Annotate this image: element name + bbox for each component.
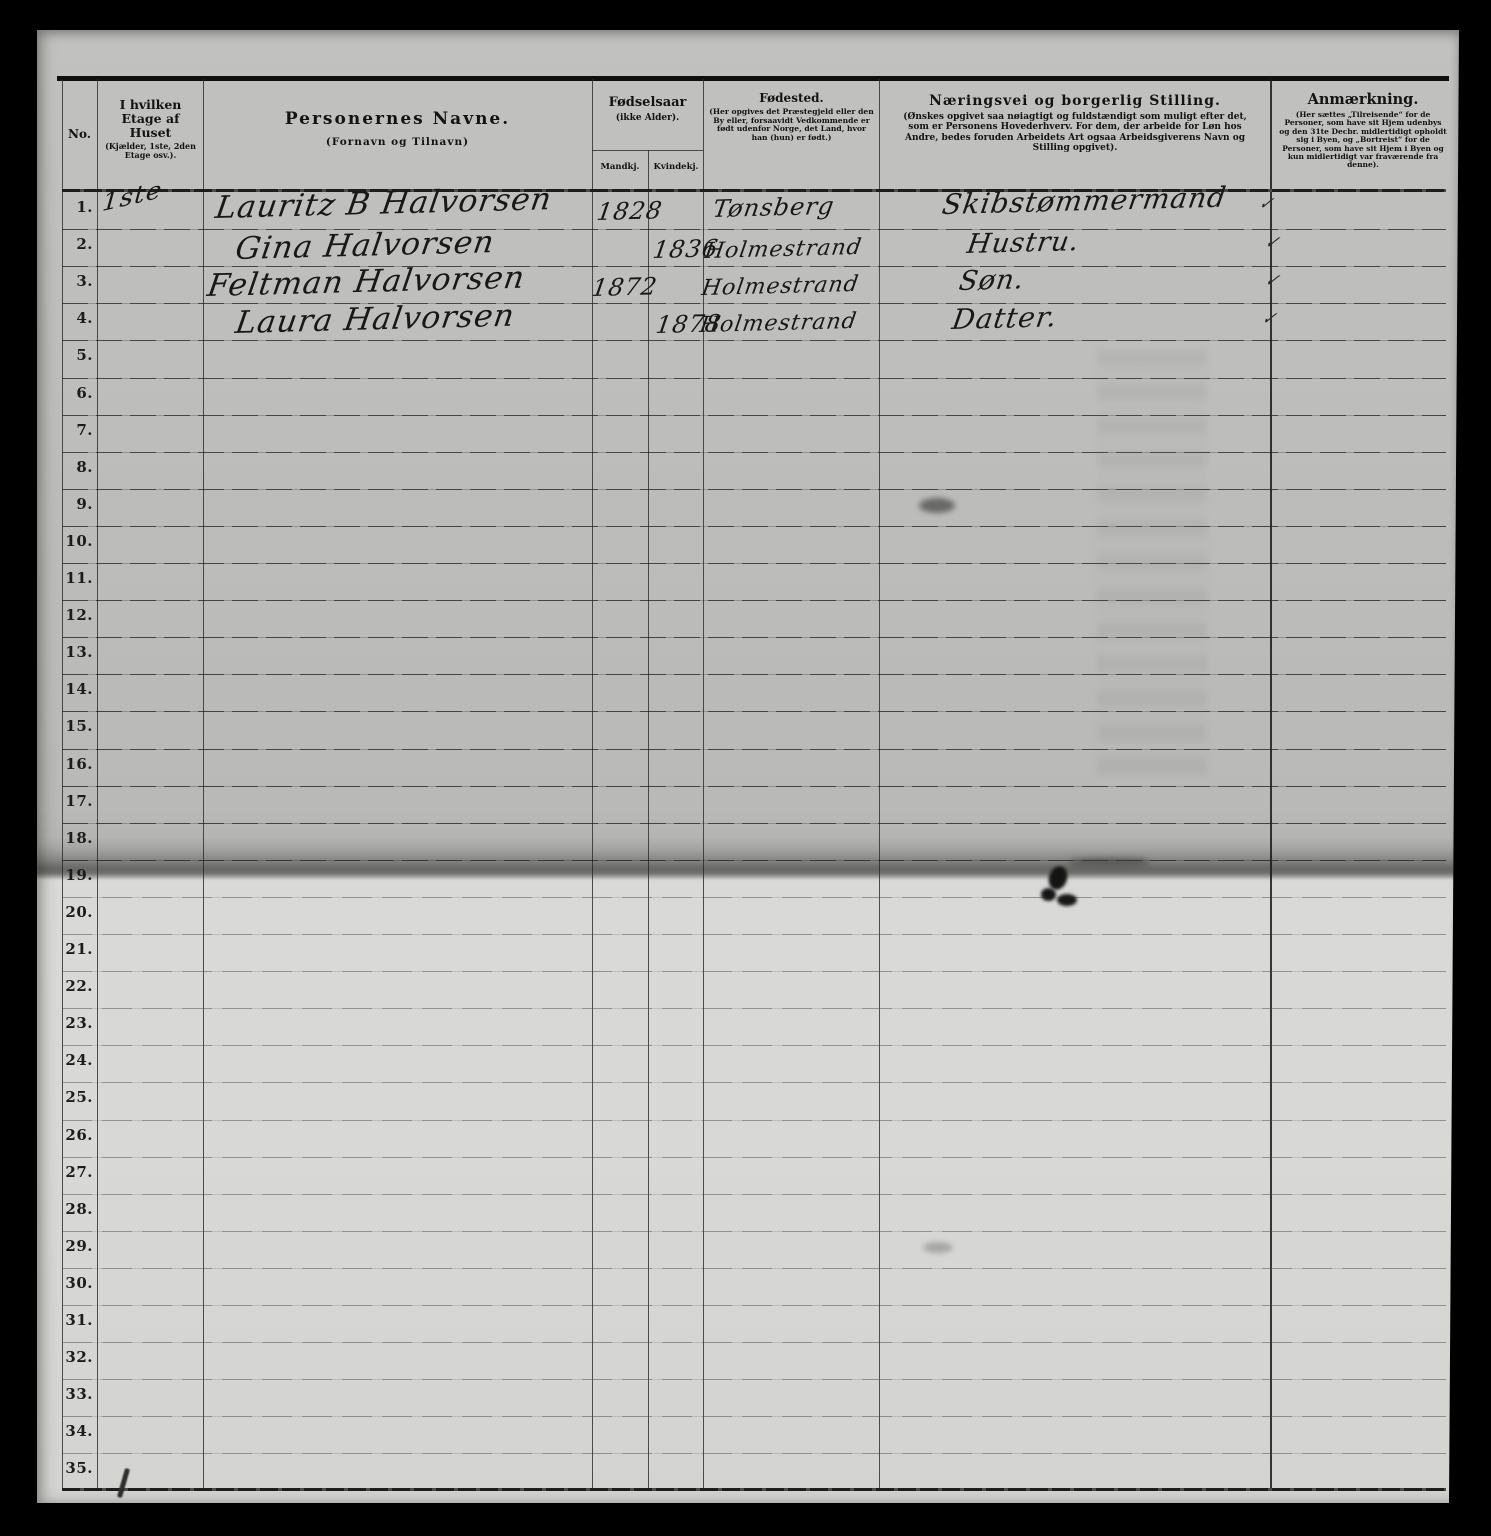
row-number: 35. <box>59 1459 93 1477</box>
entry-4-checkmark: ✓ <box>1260 309 1279 329</box>
row-number: 4. <box>59 309 93 327</box>
col-line-etage-navn <box>203 79 204 1490</box>
naeringsvei-header-title: Næringsvei og borgerlig Stilling. <box>893 94 1257 109</box>
row-number: 29. <box>59 1237 93 1255</box>
row-number: 12. <box>59 606 93 624</box>
row-separator <box>62 1379 1446 1380</box>
row-separator <box>62 1008 1446 1009</box>
row-separator <box>62 971 1446 972</box>
row-number: 22. <box>59 977 93 995</box>
anmaerkning-header-title: Anmærkning. <box>1279 92 1447 108</box>
row-separator <box>62 1194 1446 1195</box>
row-number: 10. <box>59 532 93 550</box>
row-separator <box>62 1453 1446 1454</box>
entry-1-checkmark: ✓ <box>1257 194 1276 214</box>
row-number: 21. <box>59 940 93 958</box>
row-separator <box>62 563 1446 564</box>
ink-smear-seam <box>1069 858 1149 866</box>
row-separator <box>62 1120 1446 1121</box>
etage-header-note: (Kjælder, 1ste, 2den Etage osv.). <box>100 142 201 160</box>
entry-3-name: Feltman Halvorsen <box>205 260 528 304</box>
etage-header-title: I hvilken Etage af Huset <box>100 98 201 139</box>
row-number: 13. <box>59 643 93 661</box>
column-header-fodselsaar: Fødselsaar (ikke Alder). <box>594 96 701 123</box>
row-number: 28. <box>59 1200 93 1218</box>
entry-3-occupation: Søn. <box>957 264 1027 297</box>
col-line-no-etage <box>97 79 98 1490</box>
row-number: 14. <box>59 680 93 698</box>
row-number: 11. <box>59 569 93 587</box>
row-separator <box>62 1268 1446 1269</box>
row-separator <box>62 934 1446 935</box>
entry-1-occupation: Skibstømmermand <box>940 181 1229 221</box>
row-number: 6. <box>59 384 93 402</box>
fodested-header-note: (Her opgives det Præstegjeld eller den B… <box>709 108 874 142</box>
row-number: 32. <box>59 1348 93 1366</box>
pen-stroke-bottom-left <box>117 1468 130 1498</box>
row-number: 5. <box>59 346 93 364</box>
entry-3-checkmark: ✓ <box>1263 271 1282 291</box>
bleedthrough-ghost <box>1097 350 1207 780</box>
row-separator <box>62 1157 1446 1158</box>
ink-blot-seam-2 <box>1041 888 1056 901</box>
navn-header-title: Personernes Navne. <box>207 110 588 129</box>
row-number: 3. <box>59 272 93 290</box>
row-separator <box>62 711 1446 712</box>
row-separator <box>62 526 1446 527</box>
col-line-mandkj-kvindekj <box>648 150 649 1490</box>
paper-sheet: No. I hvilken Etage af Huset (Kjælder, 1… <box>37 30 1459 1503</box>
row-number: 25. <box>59 1088 93 1106</box>
row-separator <box>62 749 1446 750</box>
row-number: 34. <box>59 1422 93 1440</box>
column-header-no: No. <box>62 128 97 141</box>
row-separator <box>62 786 1446 787</box>
row-number: 31. <box>59 1311 93 1329</box>
row-number: 33. <box>59 1385 93 1403</box>
row-separator <box>62 823 1446 824</box>
mandkj-label: Mandkj. <box>593 163 647 172</box>
entry-4-name: Laura Halvorsen <box>233 298 517 341</box>
no-header-label: No. <box>62 128 97 141</box>
row-separator <box>62 1305 1446 1306</box>
col-line-fodested-naeringsvei <box>879 79 880 1490</box>
column-header-etage: I hvilken Etage af Huset (Kjælder, 1ste,… <box>100 98 201 160</box>
row-separator <box>62 452 1446 453</box>
entry-1-birthyear-male: 1828 <box>595 196 665 226</box>
fodselsaar-subheader-line <box>592 150 703 151</box>
anmaerkning-header-note: (Her sættes „Tilreisende“ for de Persone… <box>1279 111 1447 170</box>
entry-4-birthplace: Holmestrand <box>698 309 859 338</box>
row-separator <box>62 637 1446 638</box>
kvindekj-label: Kvindekj. <box>649 163 703 172</box>
row-separator <box>62 1342 1446 1343</box>
row-number: 27. <box>59 1163 93 1181</box>
fodselsaar-header-note: (ikke Alder). <box>594 113 701 123</box>
row-number: 24. <box>59 1051 93 1069</box>
page-fold-seam <box>37 838 1459 884</box>
entry-2-checkmark: ✓ <box>1263 233 1282 253</box>
row-number: 26. <box>59 1126 93 1144</box>
ink-smudge-row29 <box>923 1242 953 1253</box>
entry-1-birthplace: Tønsberg <box>711 192 836 223</box>
ink-blot-seam-3 <box>1057 894 1077 906</box>
row-number: 20. <box>59 903 93 921</box>
row-number: 17. <box>59 792 93 810</box>
row-separator <box>62 1082 1446 1083</box>
subheader-kvindekj: Kvindekj. <box>649 163 703 172</box>
navn-header-note: (Fornavn og Tilnavn) <box>207 137 588 149</box>
row-number: 9. <box>59 495 93 513</box>
entry-3-birthyear-male: 1872 <box>590 272 660 302</box>
row-number: 16. <box>59 755 93 773</box>
table-bottom-border <box>62 1488 1446 1491</box>
top-rule <box>57 76 1449 81</box>
row-separator <box>62 415 1446 416</box>
entry-2-birthplace: Holmestrand <box>703 235 864 264</box>
entry-2-occupation: Hustru. <box>965 226 1082 260</box>
entry-1-etage: 1ste <box>101 175 164 217</box>
scanned-census-form-page: { "header": { "columns": { "no": { "labe… <box>0 0 1491 1536</box>
row-number: 2. <box>59 235 93 253</box>
entry-4-occupation: Datter. <box>950 300 1060 336</box>
row-separator <box>62 378 1446 379</box>
row-separator <box>62 340 1446 341</box>
fodested-header-title: Fødested. <box>709 92 874 105</box>
row-number: 15. <box>59 717 93 735</box>
column-header-fodested: Fødested. (Her opgives det Præstegjeld e… <box>709 92 874 142</box>
ink-smudge-row9 <box>919 498 955 513</box>
row-number: 1. <box>59 198 93 216</box>
subheader-mandkj: Mandkj. <box>593 163 647 172</box>
row-number: 7. <box>59 421 93 439</box>
row-number: 30. <box>59 1274 93 1292</box>
row-separator <box>62 897 1446 898</box>
entry-1-name: Lauritz B Halvorsen <box>213 181 555 226</box>
row-number: 23. <box>59 1014 93 1032</box>
fodselsaar-header-title: Fødselsaar <box>594 96 701 110</box>
row-separator <box>62 600 1446 601</box>
naeringsvei-header-note: (Ønskes opgivet saa nøiagtigt og fuldstæ… <box>893 112 1257 152</box>
row-separator <box>62 674 1446 675</box>
row-separator <box>62 1416 1446 1417</box>
entry-3-birthplace: Holmestrand <box>700 272 861 301</box>
row-separator <box>62 489 1446 490</box>
row-separator <box>62 1045 1446 1046</box>
column-header-naeringsvei: Næringsvei og borgerlig Stilling. (Ønske… <box>893 94 1257 153</box>
column-header-navn: Personernes Navne. (Fornavn og Tilnavn) <box>207 110 588 148</box>
row-separator <box>62 1231 1446 1232</box>
column-header-anmaerkning: Anmærkning. (Her sættes „Tilreisende“ fo… <box>1279 92 1447 170</box>
row-number: 8. <box>59 458 93 476</box>
